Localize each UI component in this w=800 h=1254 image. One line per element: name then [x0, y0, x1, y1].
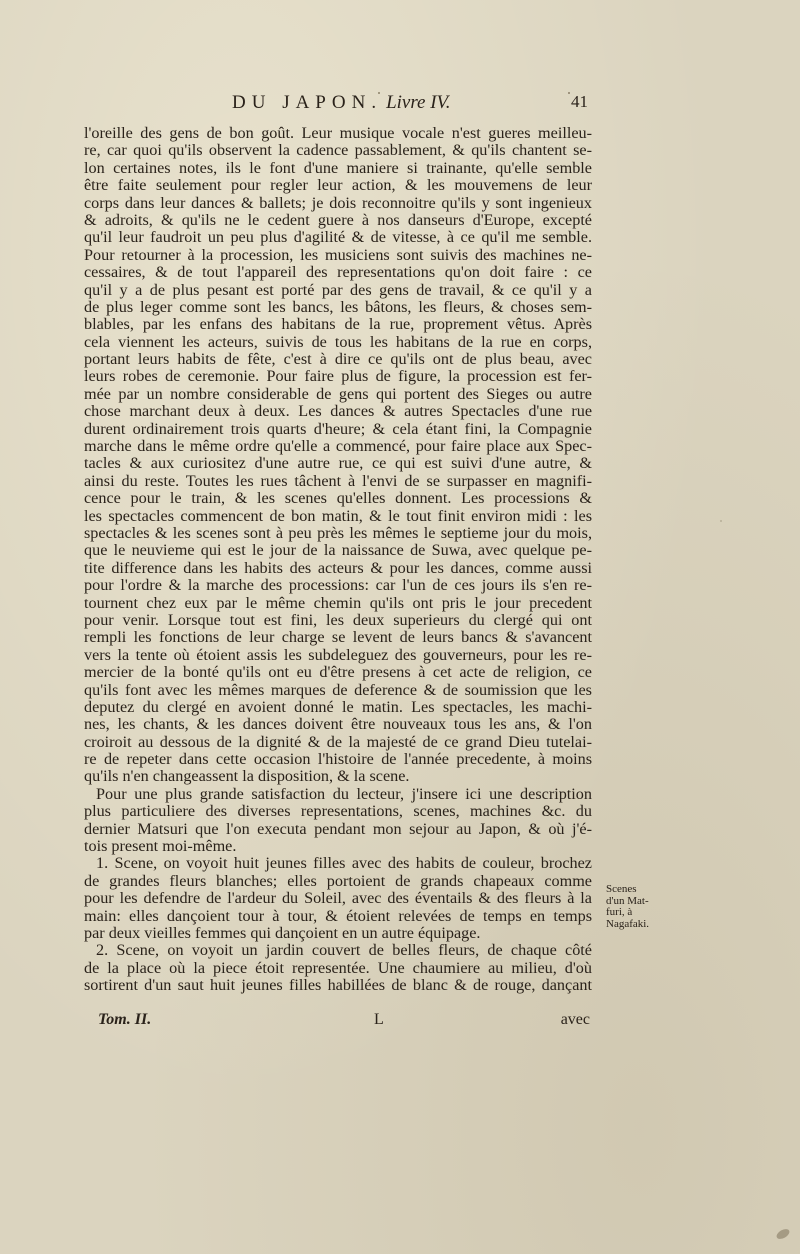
text-line: pour les defendre de l'ardeur du Soleil,…: [84, 890, 592, 907]
margin-note-line: Nagafaki.: [606, 919, 670, 931]
text-line: 1. Scene, on voyoit huit jeunes filles a…: [84, 855, 592, 872]
text-line: être faite seulement pour regler leur ac…: [84, 177, 592, 194]
text-line: l'oreille des gens de bon goût. Leur mus…: [84, 125, 592, 142]
text-line: les spectacles commencent de bon matin, …: [84, 508, 592, 525]
running-title: DU JAPON.Livre IV.: [232, 92, 450, 114]
page-number: 41: [571, 92, 588, 112]
body-text: l'oreille des gens de bon goût. Leur mus…: [84, 125, 592, 995]
running-header: DU JAPON.Livre IV. 41: [84, 92, 590, 114]
text-line: leurs robes de ceremonie. Pour faire plu…: [84, 368, 592, 385]
text-line: lon certaines notes, ils le font d'une m…: [84, 160, 592, 177]
text-line: qu'il y a de plus pesant est porté par d…: [84, 282, 592, 299]
text-line: main: elles dançoient tour à tour, & éto…: [84, 908, 592, 925]
text-line: marche dans le même ordre qu'elle a comm…: [84, 438, 592, 455]
volume-signature: Tom. II.: [98, 1011, 151, 1029]
text-line: Pour retourner à la procession, les musi…: [84, 247, 592, 264]
text-line: mercier de la bonté qu'ils ont eu d'être…: [84, 664, 592, 681]
page-footer: Tom. II. L avec: [84, 1011, 590, 1029]
margin-note-line: Scenes: [606, 884, 670, 896]
running-title-text: DU JAPON.: [232, 92, 382, 113]
margin-note: Scenesd'un Mat-furi, àNagafaki.: [606, 884, 670, 930]
text-line: cence pour le train, & les scenes qu'ell…: [84, 490, 592, 507]
text-line: mée par un nombre considerable de gens q…: [84, 386, 592, 403]
catchword: avec: [561, 1011, 590, 1029]
paper-stain: [775, 1227, 791, 1241]
text-line: durent ordinairement trois quarts d'heur…: [84, 421, 592, 438]
text-line: que le neuvieme qui est le jour de la na…: [84, 542, 592, 559]
text-line: tournent chez eux par le même chemin qu'…: [84, 595, 592, 612]
signature-mark: L: [374, 1011, 384, 1029]
text-line: dernier Matsuri que l'on executa pendant…: [84, 821, 592, 838]
text-line: tois present moi-même.: [84, 838, 592, 855]
text-line: corps dans leur dances & ballets; je doi…: [84, 195, 592, 212]
paper-speck: [568, 92, 570, 94]
text-line: tite difference dans les habits des acte…: [84, 560, 592, 577]
paper-speck: [378, 92, 380, 94]
paper-speck: [720, 520, 722, 522]
text-line: pour venir. Lorsque tout est fini, les d…: [84, 612, 592, 629]
text-line: ainsi du reste. Toutes les rues tâchent …: [84, 473, 592, 490]
text-line: re de repeter dans cette occasion l'hist…: [84, 751, 592, 768]
text-line: Pour une plus grande satisfaction du lec…: [84, 786, 592, 803]
text-line: croiroit au dessous de la dignité & de l…: [84, 734, 592, 751]
text-line: tacles & aux curiositez d'une autre rue,…: [84, 455, 592, 472]
book-page: DU JAPON.Livre IV. 41 l'oreille des gens…: [0, 0, 800, 1254]
text-line: de grandes fleurs blanches; elles portoi…: [84, 873, 592, 890]
text-line: vers la tente où étoient assis les subde…: [84, 647, 592, 664]
running-book-label: Livre IV.: [386, 92, 450, 113]
text-line: sortirent d'un saut huit jeunes filles h…: [84, 977, 592, 994]
text-line: re, car quoi qu'ils observent la cadence…: [84, 142, 592, 159]
text-line: cela viennent les acteurs, suivis de tou…: [84, 334, 592, 351]
text-line: chose marchant deux à deux. Les dances &…: [84, 403, 592, 420]
text-line: portant leurs habits de fête, c'est à di…: [84, 351, 592, 368]
text-line: de la place où la piece étoit representé…: [84, 960, 592, 977]
text-line: qu'il leur faudroit un peu plus d'agilit…: [84, 229, 592, 246]
text-line: & adroits, & qu'ils ne le cedent guere à…: [84, 212, 592, 229]
text-line: 2. Scene, on voyoit un jardin couvert de…: [84, 942, 592, 959]
text-line: qu'ils n'en changeassent la disposition,…: [84, 768, 592, 785]
text-line: de plus leger comme sont les bancs, les …: [84, 299, 592, 316]
text-line: deputez du clergé en avoient donné le ma…: [84, 699, 592, 716]
text-line: pour l'ordre & la marche des processions…: [84, 577, 592, 594]
margin-note-line: furi, à: [606, 907, 670, 919]
text-line: qu'ils font avec les mêmes marques de de…: [84, 682, 592, 699]
text-line: par deux vieilles femmes qui dançoient e…: [84, 925, 592, 942]
text-line: blables, par les enfans des habitans de …: [84, 316, 592, 333]
text-line: nes, les chants, & les dances doivent êt…: [84, 716, 592, 733]
text-line: spectacles & les scenes sont à peu près …: [84, 525, 592, 542]
text-line: cessaires, & de tout l'appareil des repr…: [84, 264, 592, 281]
text-line: plus particuliere des diverses represent…: [84, 803, 592, 820]
text-line: rempli les fonctions de leur charge se l…: [84, 629, 592, 646]
